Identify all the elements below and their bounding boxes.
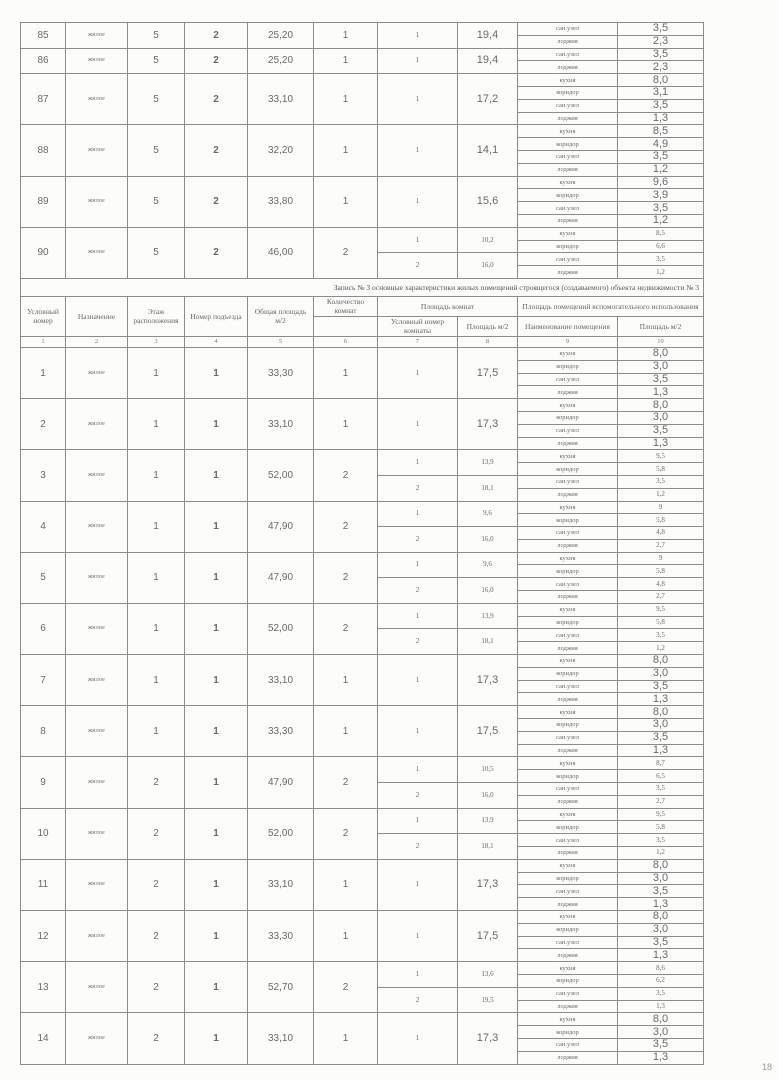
total-area: 47,90: [248, 501, 314, 552]
room-number: 1: [378, 450, 458, 476]
floor: 1: [128, 450, 185, 501]
aux-room-name: лоджия: [518, 488, 618, 501]
aux-room-area: 5,8: [618, 616, 704, 629]
room-count: 1: [314, 1013, 378, 1064]
purpose: жилое: [66, 450, 128, 501]
room-area: 17,3: [458, 1013, 518, 1064]
aux-room-area: 6,6: [618, 240, 704, 253]
header-conditional-number: Условный номер: [21, 296, 66, 336]
aux-room-area: 2,7: [618, 795, 704, 808]
aux-room-name: сан.узел: [518, 680, 618, 693]
header-floor: Этаж расположения: [128, 296, 185, 336]
apartment-number: 6: [21, 603, 66, 654]
purpose: жилое: [66, 501, 128, 552]
aux-room-name: лоджия: [518, 266, 618, 279]
aux-room-name: сан.узел: [518, 629, 618, 642]
room-area: 18,1: [458, 834, 518, 860]
header-room-count: Количество комнат: [314, 296, 378, 316]
apartment-number: 12: [21, 911, 66, 962]
room-area: 9,6: [458, 501, 518, 527]
apartment-number: 8: [21, 706, 66, 757]
room-number: 2: [378, 475, 458, 501]
aux-room-name: кухня: [518, 603, 618, 616]
apartment-number: 87: [21, 74, 66, 125]
apartment-number: 13: [21, 962, 66, 1013]
aux-room-name: сан.узел: [518, 783, 618, 796]
apartment-subrow: 7жилое1133,101117,3кухня8,0: [21, 655, 704, 668]
aux-room-area: 4,9: [618, 138, 704, 151]
aux-room-name: коридор: [518, 360, 618, 373]
entrance-number: 1: [185, 552, 248, 603]
apartment-number: 14: [21, 1013, 66, 1064]
aux-room-name: лоджия: [518, 163, 618, 176]
column-number: 1: [21, 336, 66, 347]
room-count: 1: [314, 655, 378, 706]
aux-room-area: 2,7: [618, 539, 704, 552]
apartment-number: 90: [21, 227, 66, 278]
column-number: 2: [66, 336, 128, 347]
room-number: 1: [378, 125, 458, 176]
floor: 2: [128, 1013, 185, 1064]
total-area: 52,00: [248, 808, 314, 859]
aux-room-name: коридор: [518, 872, 618, 885]
aux-room-name: коридор: [518, 1026, 618, 1039]
room-area: 16,0: [458, 578, 518, 604]
room-number: 2: [378, 987, 458, 1013]
aux-room-name: кухня: [518, 501, 618, 514]
aux-room-area: 9,5: [618, 808, 704, 821]
header-aux-room-area: Площадь м/2: [618, 316, 704, 336]
floor: 1: [128, 552, 185, 603]
aux-room-area: 3,0: [618, 360, 704, 373]
aux-room-name: лоджия: [518, 949, 618, 962]
aux-room-name: лоджия: [518, 539, 618, 552]
aux-room-area: 1,2: [618, 488, 704, 501]
room-number: 1: [378, 74, 458, 125]
room-number: 2: [378, 527, 458, 553]
apartment-number: 2: [21, 399, 66, 450]
entrance-number: 2: [185, 23, 248, 49]
purpose: жилое: [66, 1013, 128, 1064]
aux-room-name: коридор: [518, 923, 618, 936]
room-area: 17,5: [458, 347, 518, 398]
room-area: 16,0: [458, 783, 518, 809]
room-count: 2: [314, 450, 378, 501]
room-count: 2: [314, 962, 378, 1013]
floor: 5: [128, 227, 185, 278]
purpose: жилое: [66, 23, 128, 49]
aux-room-area: 6,5: [618, 770, 704, 783]
aux-room-name: кухня: [518, 1013, 618, 1026]
apartment-subrow: 87жилое5233,101117,2кухня8,0: [21, 74, 704, 87]
aux-room-area: 8,6: [618, 962, 704, 975]
room-number: 1: [378, 501, 458, 527]
aux-room-name: сан.узел: [518, 1038, 618, 1051]
apartment-subrow: 88жилое5232,201114,1кухня8,5: [21, 125, 704, 138]
total-area: 33,10: [248, 74, 314, 125]
aux-room-area: 9,5: [618, 603, 704, 616]
apartment-subrow: 3жилое1152,002113,9кухня9,5: [21, 450, 704, 463]
aux-room-area: 2,7: [618, 591, 704, 604]
apartment-subrow: 14жилое2133,101117,3кухня8,0: [21, 1013, 704, 1026]
room-count: 1: [314, 706, 378, 757]
aux-room-name: сан.узел: [518, 885, 618, 898]
floor: 5: [128, 176, 185, 227]
aux-room-name: сан.узел: [518, 527, 618, 540]
apartment-number: 11: [21, 859, 66, 910]
aux-room-area: 1,3: [618, 1051, 704, 1064]
entrance-number: 2: [185, 48, 248, 74]
section-title: Запись № 3 основные характеристики жилых…: [21, 278, 704, 296]
column-number: 8: [458, 336, 518, 347]
entrance-number: 1: [185, 347, 248, 398]
aux-room-name: лоджия: [518, 35, 618, 48]
room-count: 1: [314, 859, 378, 910]
room-number: 1: [378, 48, 458, 74]
aux-room-name: кухня: [518, 859, 618, 872]
aux-room-area: 3,0: [618, 1026, 704, 1039]
floor: 2: [128, 859, 185, 910]
room-area: 9,6: [458, 552, 518, 578]
header-total-area: Общая площадь м/2: [248, 296, 314, 336]
record-3-rows: 1жилое1133,301117,5кухня8,0коридор3,0сан…: [21, 347, 704, 1064]
aux-room-area: 1,2: [618, 847, 704, 860]
aux-room-area: 9: [618, 552, 704, 565]
aux-room-area: 8,0: [618, 706, 704, 719]
aux-room-name: сан.узел: [518, 987, 618, 1000]
aux-room-name: сан.узел: [518, 731, 618, 744]
aux-room-area: 5,8: [618, 821, 704, 834]
apartment-subrow: 6жилое1152,002113,9кухня9,5: [21, 603, 704, 616]
record-header: Запись № 3 основные характеристики жилых…: [21, 278, 704, 347]
room-count: 2: [314, 603, 378, 654]
room-number: 1: [378, 808, 458, 834]
total-area: 52,70: [248, 962, 314, 1013]
room-number: 1: [378, 227, 458, 253]
room-area: 15,6: [458, 176, 518, 227]
aux-room-name: коридор: [518, 514, 618, 527]
apartment-subrow: 9жилое2147,902110,5кухня8,7: [21, 757, 704, 770]
apartment-subrow: 90жилое5246,002110,2кухня8,5: [21, 227, 704, 240]
aux-room-area: 3,5: [618, 783, 704, 796]
column-number: 5: [248, 336, 314, 347]
total-area: 52,00: [248, 450, 314, 501]
aux-room-area: 3,5: [618, 936, 704, 949]
aux-room-area: 3,0: [618, 872, 704, 885]
aux-room-area: 3,5: [618, 680, 704, 693]
total-area: 33,10: [248, 655, 314, 706]
room-area: 16,0: [458, 527, 518, 553]
aux-room-area: 8,7: [618, 757, 704, 770]
aux-room-name: лоджия: [518, 642, 618, 655]
floor: 2: [128, 962, 185, 1013]
room-area: 18,1: [458, 475, 518, 501]
aux-room-name: сан.узел: [518, 48, 618, 61]
apartment-number: 89: [21, 176, 66, 227]
aux-room-area: 8,0: [618, 399, 704, 412]
floor: 1: [128, 399, 185, 450]
floor: 1: [128, 603, 185, 654]
entrance-number: 1: [185, 501, 248, 552]
entrance-number: 1: [185, 962, 248, 1013]
aux-room-area: 3,5: [618, 99, 704, 112]
aux-room-area: 3,5: [618, 424, 704, 437]
room-number: 2: [378, 578, 458, 604]
header-row: Условный номер Назначение Этаж расположе…: [21, 296, 704, 316]
entrance-number: 2: [185, 227, 248, 278]
aux-room-area: 1,3: [618, 693, 704, 706]
purpose: жилое: [66, 399, 128, 450]
floor: 2: [128, 808, 185, 859]
aux-room-area: 2,3: [618, 35, 704, 48]
aux-room-name: лоджия: [518, 214, 618, 227]
floor: 1: [128, 655, 185, 706]
aux-room-name: кухня: [518, 757, 618, 770]
apartment-subrow: 89жилое5233,801115,6кухня9,6: [21, 176, 704, 189]
aux-room-name: лоджия: [518, 591, 618, 604]
apartment-number: 1: [21, 347, 66, 398]
room-area: 10,2: [458, 227, 518, 253]
apartment-number: 3: [21, 450, 66, 501]
room-count: 2: [314, 552, 378, 603]
room-number: 1: [378, 1013, 458, 1064]
column-number: 7: [378, 336, 458, 347]
aux-room-area: 3,5: [618, 150, 704, 163]
room-count: 1: [314, 74, 378, 125]
aux-room-name: коридор: [518, 138, 618, 151]
total-area: 33,30: [248, 706, 314, 757]
room-area: 17,2: [458, 74, 518, 125]
aux-room-area: 1,3: [618, 744, 704, 757]
floor: 5: [128, 74, 185, 125]
aux-room-area: 3,5: [618, 475, 704, 488]
entrance-number: 1: [185, 911, 248, 962]
total-area: 47,90: [248, 552, 314, 603]
purpose: жилое: [66, 706, 128, 757]
aux-room-area: 1,2: [618, 642, 704, 655]
aux-room-name: коридор: [518, 616, 618, 629]
aux-room-area: 9: [618, 501, 704, 514]
purpose: жилое: [66, 48, 128, 74]
purpose: жилое: [66, 859, 128, 910]
aux-room-area: 3,5: [618, 373, 704, 386]
aux-room-area: 3,0: [618, 719, 704, 732]
aux-room-name: сан.узел: [518, 834, 618, 847]
aux-room-name: сан.узел: [518, 253, 618, 266]
apartment-subrow: 2жилое1133,101117,3кухня8,0: [21, 399, 704, 412]
apartment-number: 9: [21, 757, 66, 808]
room-number: 1: [378, 757, 458, 783]
header-room-count-empty: [314, 316, 378, 336]
aux-room-area: 8,0: [618, 859, 704, 872]
aux-room-area: 8,5: [618, 227, 704, 240]
aux-room-name: кухня: [518, 962, 618, 975]
aux-room-name: сан.узел: [518, 202, 618, 215]
room-count: 1: [314, 176, 378, 227]
total-area: 52,00: [248, 603, 314, 654]
apartment-subrow: 8жилое1133,301117,5кухня8,0: [21, 706, 704, 719]
aux-room-area: 8,5: [618, 125, 704, 138]
header-entrance: Номер подъезда: [185, 296, 248, 336]
room-area: 13,9: [458, 808, 518, 834]
aux-room-name: коридор: [518, 189, 618, 202]
aux-room-name: сан.узел: [518, 475, 618, 488]
total-area: 33,80: [248, 176, 314, 227]
aux-room-name: коридор: [518, 974, 618, 987]
apartment-subrow: 12жилое2133,301117,5кухня8,0: [21, 911, 704, 924]
aux-room-name: коридор: [518, 240, 618, 253]
entrance-number: 1: [185, 808, 248, 859]
room-number: 2: [378, 629, 458, 655]
room-count: 2: [314, 808, 378, 859]
aux-room-name: лоджия: [518, 847, 618, 860]
aux-room-name: лоджия: [518, 112, 618, 125]
aux-room-area: 5,8: [618, 514, 704, 527]
room-number: 1: [378, 399, 458, 450]
aux-room-name: коридор: [518, 719, 618, 732]
aux-room-area: 1,3: [618, 437, 704, 450]
column-number: 10: [618, 336, 704, 347]
floor: 2: [128, 757, 185, 808]
aux-room-name: коридор: [518, 821, 618, 834]
room-number: 1: [378, 962, 458, 988]
aux-room-name: лоджия: [518, 437, 618, 450]
aux-room-name: сан.узел: [518, 373, 618, 386]
entrance-number: 2: [185, 74, 248, 125]
aux-room-area: 8,0: [618, 74, 704, 87]
room-area: 17,5: [458, 911, 518, 962]
total-area: 47,90: [248, 757, 314, 808]
room-area: 19,4: [458, 48, 518, 74]
column-number: 9: [518, 336, 618, 347]
aux-room-name: лоджия: [518, 1051, 618, 1064]
aux-room-name: сан.узел: [518, 424, 618, 437]
apartment-subrow: 13жилое2152,702113,6кухня8,6: [21, 962, 704, 975]
aux-room-area: 3,5: [618, 987, 704, 1000]
header-aux-area-group: Площадь помещений вспомогательного испол…: [518, 296, 704, 316]
entrance-number: 1: [185, 706, 248, 757]
header-purpose: Назначение: [66, 296, 128, 336]
room-number: 1: [378, 706, 458, 757]
apartment-number: 88: [21, 125, 66, 176]
purpose: жилое: [66, 603, 128, 654]
aux-room-area: 3,5: [618, 629, 704, 642]
floor: 2: [128, 911, 185, 962]
aux-room-area: 2,3: [618, 61, 704, 74]
aux-room-name: сан.узел: [518, 99, 618, 112]
aux-room-area: 3,5: [618, 834, 704, 847]
aux-room-name: кухня: [518, 450, 618, 463]
aux-room-area: 3,0: [618, 411, 704, 424]
aux-room-name: сан.узел: [518, 150, 618, 163]
apartment-subrow: 85жилое5225,201119,4сан.узел3,5: [21, 23, 704, 36]
aux-room-name: кухня: [518, 74, 618, 87]
aux-room-name: лоджия: [518, 61, 618, 74]
room-number: 1: [378, 552, 458, 578]
floor: 5: [128, 23, 185, 49]
room-number: 1: [378, 911, 458, 962]
aux-room-area: 1,2: [618, 163, 704, 176]
entrance-number: 1: [185, 399, 248, 450]
aux-room-area: 3,0: [618, 667, 704, 680]
aux-room-area: 8,0: [618, 911, 704, 924]
aux-room-area: 3,0: [618, 923, 704, 936]
entrance-number: 1: [185, 859, 248, 910]
apartment-subrow: 11жилое2133,101117,3кухня8,0: [21, 859, 704, 872]
aux-room-area: 9,6: [618, 176, 704, 189]
column-numbers-row: 1 2 3 4 5 6 7 8 9 10: [21, 336, 704, 347]
room-area: 13,9: [458, 450, 518, 476]
total-area: 33,10: [248, 399, 314, 450]
entrance-number: 1: [185, 655, 248, 706]
room-number: 1: [378, 176, 458, 227]
purpose: жилое: [66, 552, 128, 603]
room-count: 1: [314, 23, 378, 49]
aux-room-name: сан.узел: [518, 936, 618, 949]
total-area: 25,20: [248, 48, 314, 74]
page-number: 18: [762, 1062, 772, 1072]
room-area: 13,6: [458, 962, 518, 988]
room-number: 1: [378, 23, 458, 49]
aux-room-area: 3,5: [618, 23, 704, 36]
aux-room-name: коридор: [518, 86, 618, 99]
aux-room-area: 1,3: [618, 386, 704, 399]
aux-room-area: 3,5: [618, 202, 704, 215]
room-area: 16,0: [458, 253, 518, 279]
purpose: жилое: [66, 911, 128, 962]
aux-room-name: кухня: [518, 706, 618, 719]
purpose: жилое: [66, 347, 128, 398]
room-number: 2: [378, 834, 458, 860]
room-number: 1: [378, 347, 458, 398]
aux-room-area: 4,8: [618, 578, 704, 591]
column-number: 3: [128, 336, 185, 347]
total-area: 33,10: [248, 1013, 314, 1064]
purpose: жилое: [66, 227, 128, 278]
room-count: 2: [314, 501, 378, 552]
entrance-number: 2: [185, 176, 248, 227]
room-area: 14,1: [458, 125, 518, 176]
section-title-row: Запись № 3 основные характеристики жилых…: [21, 278, 704, 296]
aux-room-name: лоджия: [518, 795, 618, 808]
floor: 5: [128, 125, 185, 176]
aux-room-name: коридор: [518, 463, 618, 476]
room-area: 10,5: [458, 757, 518, 783]
room-number: 2: [378, 783, 458, 809]
room-area: 17,3: [458, 859, 518, 910]
apartment-number: 4: [21, 501, 66, 552]
entrance-number: 1: [185, 1013, 248, 1064]
entrance-number: 2: [185, 125, 248, 176]
aux-room-name: лоджия: [518, 898, 618, 911]
room-area: 13,9: [458, 603, 518, 629]
aux-room-name: лоджия: [518, 693, 618, 706]
aux-room-area: 5,8: [618, 463, 704, 476]
aux-room-area: 3,1: [618, 86, 704, 99]
aux-room-area: 5,8: [618, 565, 704, 578]
aux-room-area: 1,2: [618, 266, 704, 279]
total-area: 25,20: [248, 23, 314, 49]
room-number: 1: [378, 655, 458, 706]
apartment-subrow: 10жилое2152,002113,9кухня9,5: [21, 808, 704, 821]
aux-room-name: кухня: [518, 125, 618, 138]
aux-room-area: 1,3: [618, 1000, 704, 1013]
purpose: жилое: [66, 74, 128, 125]
apartment-subrow: 4жилое1147,90219,6кухня9: [21, 501, 704, 514]
aux-room-area: 3,5: [618, 48, 704, 61]
total-area: 33,30: [248, 911, 314, 962]
apartment-subrow: 86жилое5225,201119,4сан.узел3,5: [21, 48, 704, 61]
